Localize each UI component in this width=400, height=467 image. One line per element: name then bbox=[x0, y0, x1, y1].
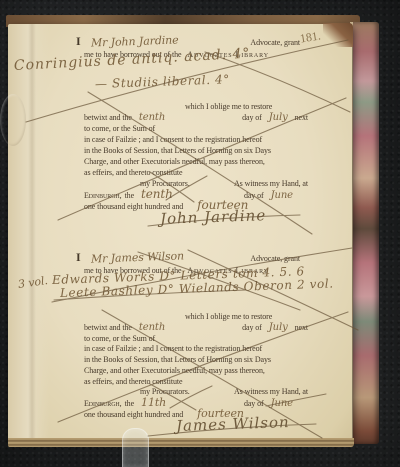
photo-of-borrowing-register: 181. I Mr John Jardine Advocate, grant m… bbox=[0, 0, 400, 467]
form1-betwixt-line: betwixt and the tenth day of July next bbox=[84, 112, 308, 123]
printed-witness: As witness my Hand, at bbox=[234, 178, 308, 189]
printed-grant-suffix: Advocate, grant bbox=[250, 253, 300, 264]
form2-return-month: July bbox=[269, 322, 288, 333]
printed-betwixt: betwixt and the bbox=[84, 112, 132, 123]
form2-signed-day: 11th bbox=[141, 397, 166, 408]
form1-body-3: Charge, and other Executorials needful, … bbox=[84, 156, 265, 167]
printed-year-line: one thousand eight hundred and bbox=[84, 410, 183, 419]
form2-borrower-name: Mr James Wilson bbox=[90, 250, 183, 264]
printed-betwixt: betwixt and the bbox=[84, 322, 132, 333]
form1-book-entry-1: Conringius de antiq. acad. 4° bbox=[14, 49, 251, 72]
damaged-corner bbox=[323, 23, 353, 47]
gutter-crease bbox=[28, 24, 36, 440]
embossed-stamp bbox=[0, 94, 26, 146]
form1-body-4: as effeirs, and thereto constitute bbox=[84, 167, 182, 178]
form1-borrower-name: Mr John Jardine bbox=[90, 34, 178, 48]
form2-grant-line: I Mr James Wilson Advocate, grant bbox=[76, 252, 300, 264]
form1-book-entry-2: — Studiis liberal. 4° bbox=[95, 74, 230, 90]
form2-restore-line: which I oblige me to restore bbox=[185, 311, 272, 322]
register-page: 181. I Mr John Jardine Advocate, grant m… bbox=[8, 24, 352, 440]
form2-body-2: in the Books of Session, that Letters of… bbox=[84, 354, 271, 365]
form2-return-day: tenth bbox=[139, 322, 165, 333]
book-marbled-fore-edge bbox=[350, 22, 379, 444]
form2-betwixt-line: betwixt and the tenth day of July next bbox=[84, 322, 308, 333]
printed-day-of: day of bbox=[244, 398, 264, 409]
printed-next: next bbox=[295, 112, 308, 123]
book-bottom-page-stack bbox=[8, 438, 354, 447]
form2-body-3: Charge, and other Executorials needful, … bbox=[84, 365, 265, 376]
form2-body-1: in case of Failzie ; and I consent to th… bbox=[84, 343, 262, 354]
form1-grant-line: I Mr John Jardine Advocate, grant bbox=[76, 36, 300, 48]
form1-body-1: in case of Failzie ; and I consent to th… bbox=[84, 134, 262, 145]
printed-day-of: day of bbox=[242, 112, 262, 123]
form2-signed-month: June bbox=[271, 398, 293, 409]
printed-next: next bbox=[295, 322, 308, 333]
page-holder-tab bbox=[122, 428, 149, 467]
page-number: 181. bbox=[299, 30, 321, 44]
form1-signed-day: tenth bbox=[141, 189, 173, 200]
printed-initial: I bbox=[76, 252, 81, 263]
form1-body-2: in the Books of Session, that Letters of… bbox=[84, 145, 271, 156]
form1-signature: John Jardine bbox=[160, 210, 267, 225]
printed-day-of: day of bbox=[242, 322, 262, 333]
form2-margin-note: 3 vol. bbox=[17, 275, 48, 290]
printed-initial: I bbox=[76, 36, 81, 47]
printed-witness: As witness my Hand, at bbox=[234, 386, 308, 397]
form1-signed-month: June bbox=[271, 190, 293, 201]
form1-restore-line: which I oblige me to restore bbox=[185, 101, 272, 112]
form1-return-month: July bbox=[269, 112, 288, 123]
form2-signature: James Wilson bbox=[176, 417, 290, 432]
form1-return-day: tenth bbox=[139, 112, 165, 123]
printed-grant-suffix: Advocate, grant bbox=[250, 37, 300, 48]
form1-sum-line: to come, or the Sum of bbox=[84, 123, 155, 134]
